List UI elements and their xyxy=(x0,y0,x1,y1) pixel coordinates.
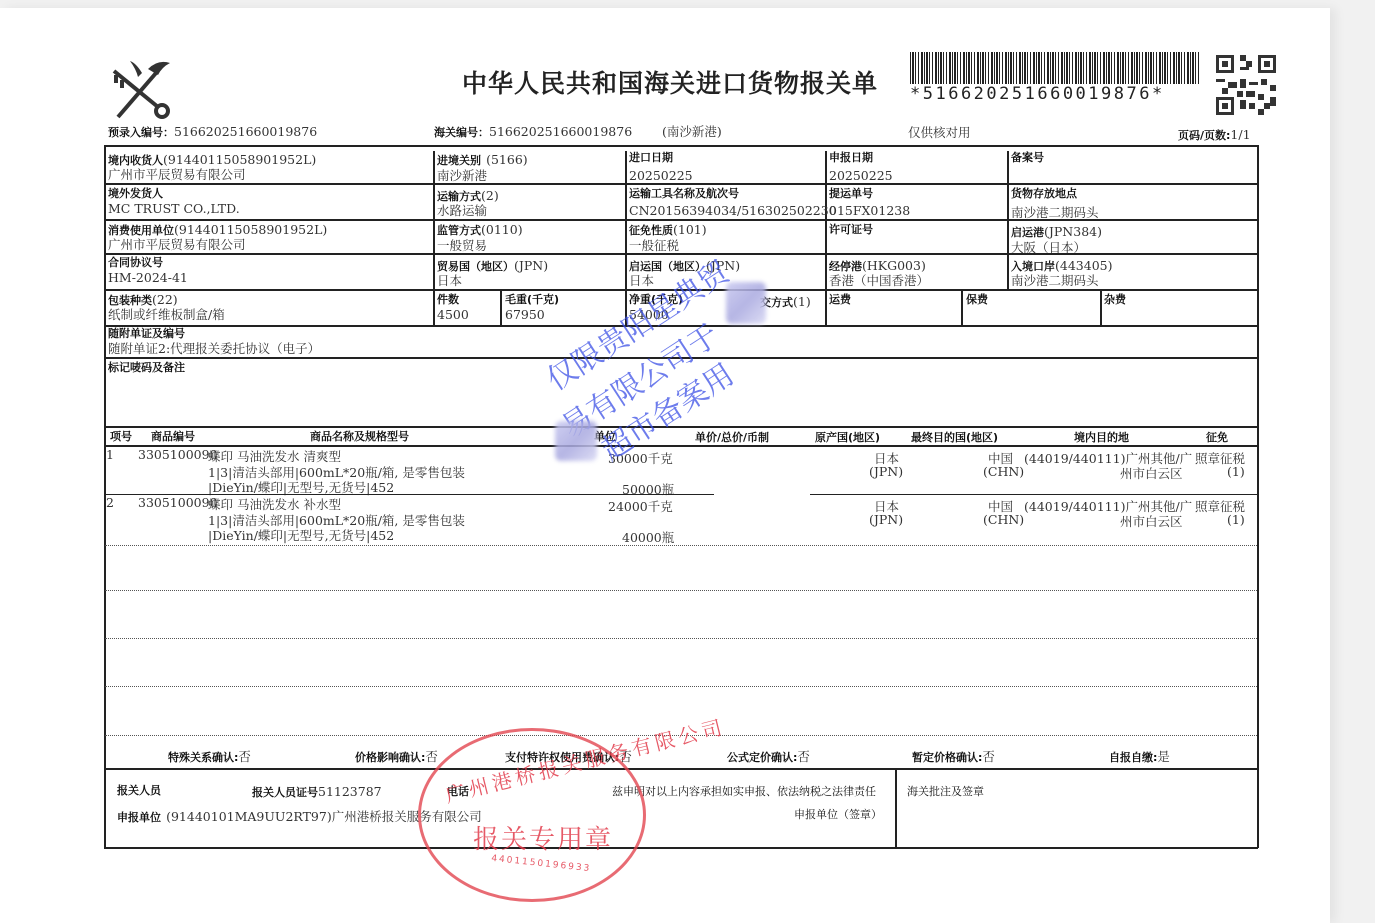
formula-price-confirm: 公式定价确认:否 xyxy=(727,746,810,765)
deal-mode-code: (1) xyxy=(793,294,811,309)
pieces-label: 件数 xyxy=(437,291,459,307)
customs-office-note: (南沙新港) xyxy=(662,122,722,140)
supervision-code: (0110) xyxy=(481,222,523,237)
row-no: 2 xyxy=(106,495,114,510)
gross-weight-label: 毛重(千克) xyxy=(505,291,559,307)
page-value: 1/1 xyxy=(1230,127,1250,142)
row-qty-kg: 24000千克 xyxy=(608,497,673,515)
seal-serial: 4401150196933 xyxy=(491,854,592,874)
qr-code-icon xyxy=(1216,55,1276,115)
col-final-dest: 最终目的国(地区) xyxy=(911,429,998,445)
customs-declaration-page: 中华人民共和国海关进口货物报关单 *516620251660019876* 预录… xyxy=(0,8,1330,923)
special-relation-confirm: 特殊关系确认:否 xyxy=(168,746,251,765)
row-qty-bottles: 50000瓶 xyxy=(622,480,674,498)
consignor-value: MC TRUST CO.,LTD. xyxy=(108,201,240,216)
row-origin-code: (JPN) xyxy=(869,512,903,527)
trade-country-value: 日本 xyxy=(437,271,462,289)
customs-emblem-icon xyxy=(108,55,174,121)
declare-date-label: 申报日期 xyxy=(829,149,873,165)
barcode-number: *516620251660019876* xyxy=(910,84,1200,104)
verify-note: 仅供核对用 xyxy=(908,123,971,141)
bill-number-value: 015FX01238 xyxy=(829,203,910,218)
freight-label: 运费 xyxy=(829,291,851,307)
row-hs-code: 3305100090 xyxy=(138,495,218,510)
consumer-value: 广州市平辰贸易有限公司 xyxy=(108,235,246,253)
depart-port-code: (JPN384) xyxy=(1044,224,1102,239)
misc-fee-label: 杂费 xyxy=(1104,291,1126,307)
insurance-label: 保费 xyxy=(966,291,988,307)
storage-label: 货物存放地点 xyxy=(1011,185,1077,201)
depart-country-value: 日本 xyxy=(629,271,654,289)
declaring-unit-label: 申报单位 xyxy=(117,811,161,824)
supervision-value: 一般贸易 xyxy=(437,236,487,254)
levy-value: 一般征税 xyxy=(629,236,679,254)
col-domestic-dest: 境内目的地 xyxy=(1074,429,1129,445)
pieces-value: 4500 xyxy=(437,307,469,322)
col-levy: 征免 xyxy=(1206,429,1228,445)
price-impact-confirm: 价格影响确认:否 xyxy=(355,746,438,765)
document-title: 中华人民共和国海关进口货物报关单 xyxy=(462,64,878,100)
customs-number: 516620251660019876 xyxy=(489,124,632,139)
statement-text: 兹申明对以上内容承担如实申报、依法纳税之法律责任 xyxy=(612,783,876,799)
import-date-label: 进口日期 xyxy=(629,149,673,165)
contract-label: 合同协议号 xyxy=(108,254,163,270)
package-value: 纸制或纤维板制盒/箱 xyxy=(108,305,225,323)
self-pay-confirm: 自报自缴:是 xyxy=(1109,746,1170,765)
marks-label: 标记唛码及备注 xyxy=(108,359,185,375)
entry-office-code: (5166) xyxy=(486,152,528,167)
row-no: 1 xyxy=(106,447,114,462)
col-hs-code: 商品编号 xyxy=(151,428,195,444)
declarant-id-label: 报关人员证号 xyxy=(252,786,318,799)
record-number-label: 备案号 xyxy=(1011,149,1044,165)
consignee-value: 广州市平辰贸易有限公司 xyxy=(108,165,246,183)
row-domestic-2: 州市白云区 xyxy=(1120,464,1183,482)
trade-country-code: (JPN) xyxy=(514,258,548,273)
transport-mode-value: 水路运输 xyxy=(437,201,487,219)
redaction-blur xyxy=(555,421,597,461)
col-origin: 原产国(地区) xyxy=(815,429,880,445)
row-spec-2: |DieYin/蝶印|无型号,无货号|452 xyxy=(208,526,394,544)
row-levy-code: (1) xyxy=(1227,464,1245,479)
col-item-no: 项号 xyxy=(110,428,132,444)
docs-value: 随附单证2:代理报关委托协议（电子） xyxy=(108,339,320,357)
provisional-price-confirm: 暂定价格确认:否 xyxy=(912,746,995,765)
contract-value: HM-2024-41 xyxy=(108,270,188,285)
gross-weight-value: 67950 xyxy=(505,307,545,322)
declare-date-value: 20250225 xyxy=(829,168,893,183)
entry-port-value: 南沙港二期码头 xyxy=(1011,271,1099,289)
row-qty-bottles: 40000瓶 xyxy=(622,528,674,546)
entry-office-value: 南沙新港 xyxy=(437,166,487,184)
row-dest-code: (CHN) xyxy=(983,464,1024,479)
vessel-value: CN20156394034/516302502230 xyxy=(629,203,837,218)
import-date-value: 20250225 xyxy=(629,168,693,183)
customs-number-label: 海关编号： xyxy=(434,126,489,139)
customs-sign-label: 海关批注及签章 xyxy=(907,783,984,799)
license-label: 许可证号 xyxy=(829,221,873,237)
redaction-blur xyxy=(726,282,766,324)
levy-code: (101) xyxy=(673,222,707,237)
row-hs-code: 3305100090 xyxy=(138,447,218,462)
vessel-label: 运输工具名称及航次号 xyxy=(629,185,739,201)
depart-port-value: 大阪（日本） xyxy=(1011,238,1086,256)
declarant-label: 报关人员 xyxy=(117,782,161,798)
declarant-id: 51123787 xyxy=(318,784,382,799)
row-levy-code: (1) xyxy=(1227,512,1245,527)
row-domestic-2: 州市白云区 xyxy=(1120,512,1183,530)
page-label: 页码/页数: xyxy=(1178,129,1230,142)
col-goods-name: 商品名称及规格型号 xyxy=(310,428,409,444)
pre-entry-number: 516620251660019876 xyxy=(174,124,317,139)
storage-value: 南沙港二期码头 xyxy=(1011,203,1099,221)
row-origin-code: (JPN) xyxy=(869,464,903,479)
stop-port-value: 香港（中国香港） xyxy=(829,271,929,289)
customs-broker-seal: 广州港桥报关服务有限公司 报关专用章 4401150196933 xyxy=(418,728,646,902)
col-price: 单价/总价/币制 xyxy=(695,429,769,445)
pre-entry-label: 预录入编号： xyxy=(108,126,174,139)
seal-center-text: 报关专用章 xyxy=(473,819,613,856)
consignor-label: 境外发货人 xyxy=(108,185,163,201)
barcode xyxy=(910,52,1200,84)
bill-number-label: 提运单号 xyxy=(829,185,873,201)
unit-sign-label: 申报单位（签章） xyxy=(794,806,882,822)
row-dest-code: (CHN) xyxy=(983,512,1024,527)
